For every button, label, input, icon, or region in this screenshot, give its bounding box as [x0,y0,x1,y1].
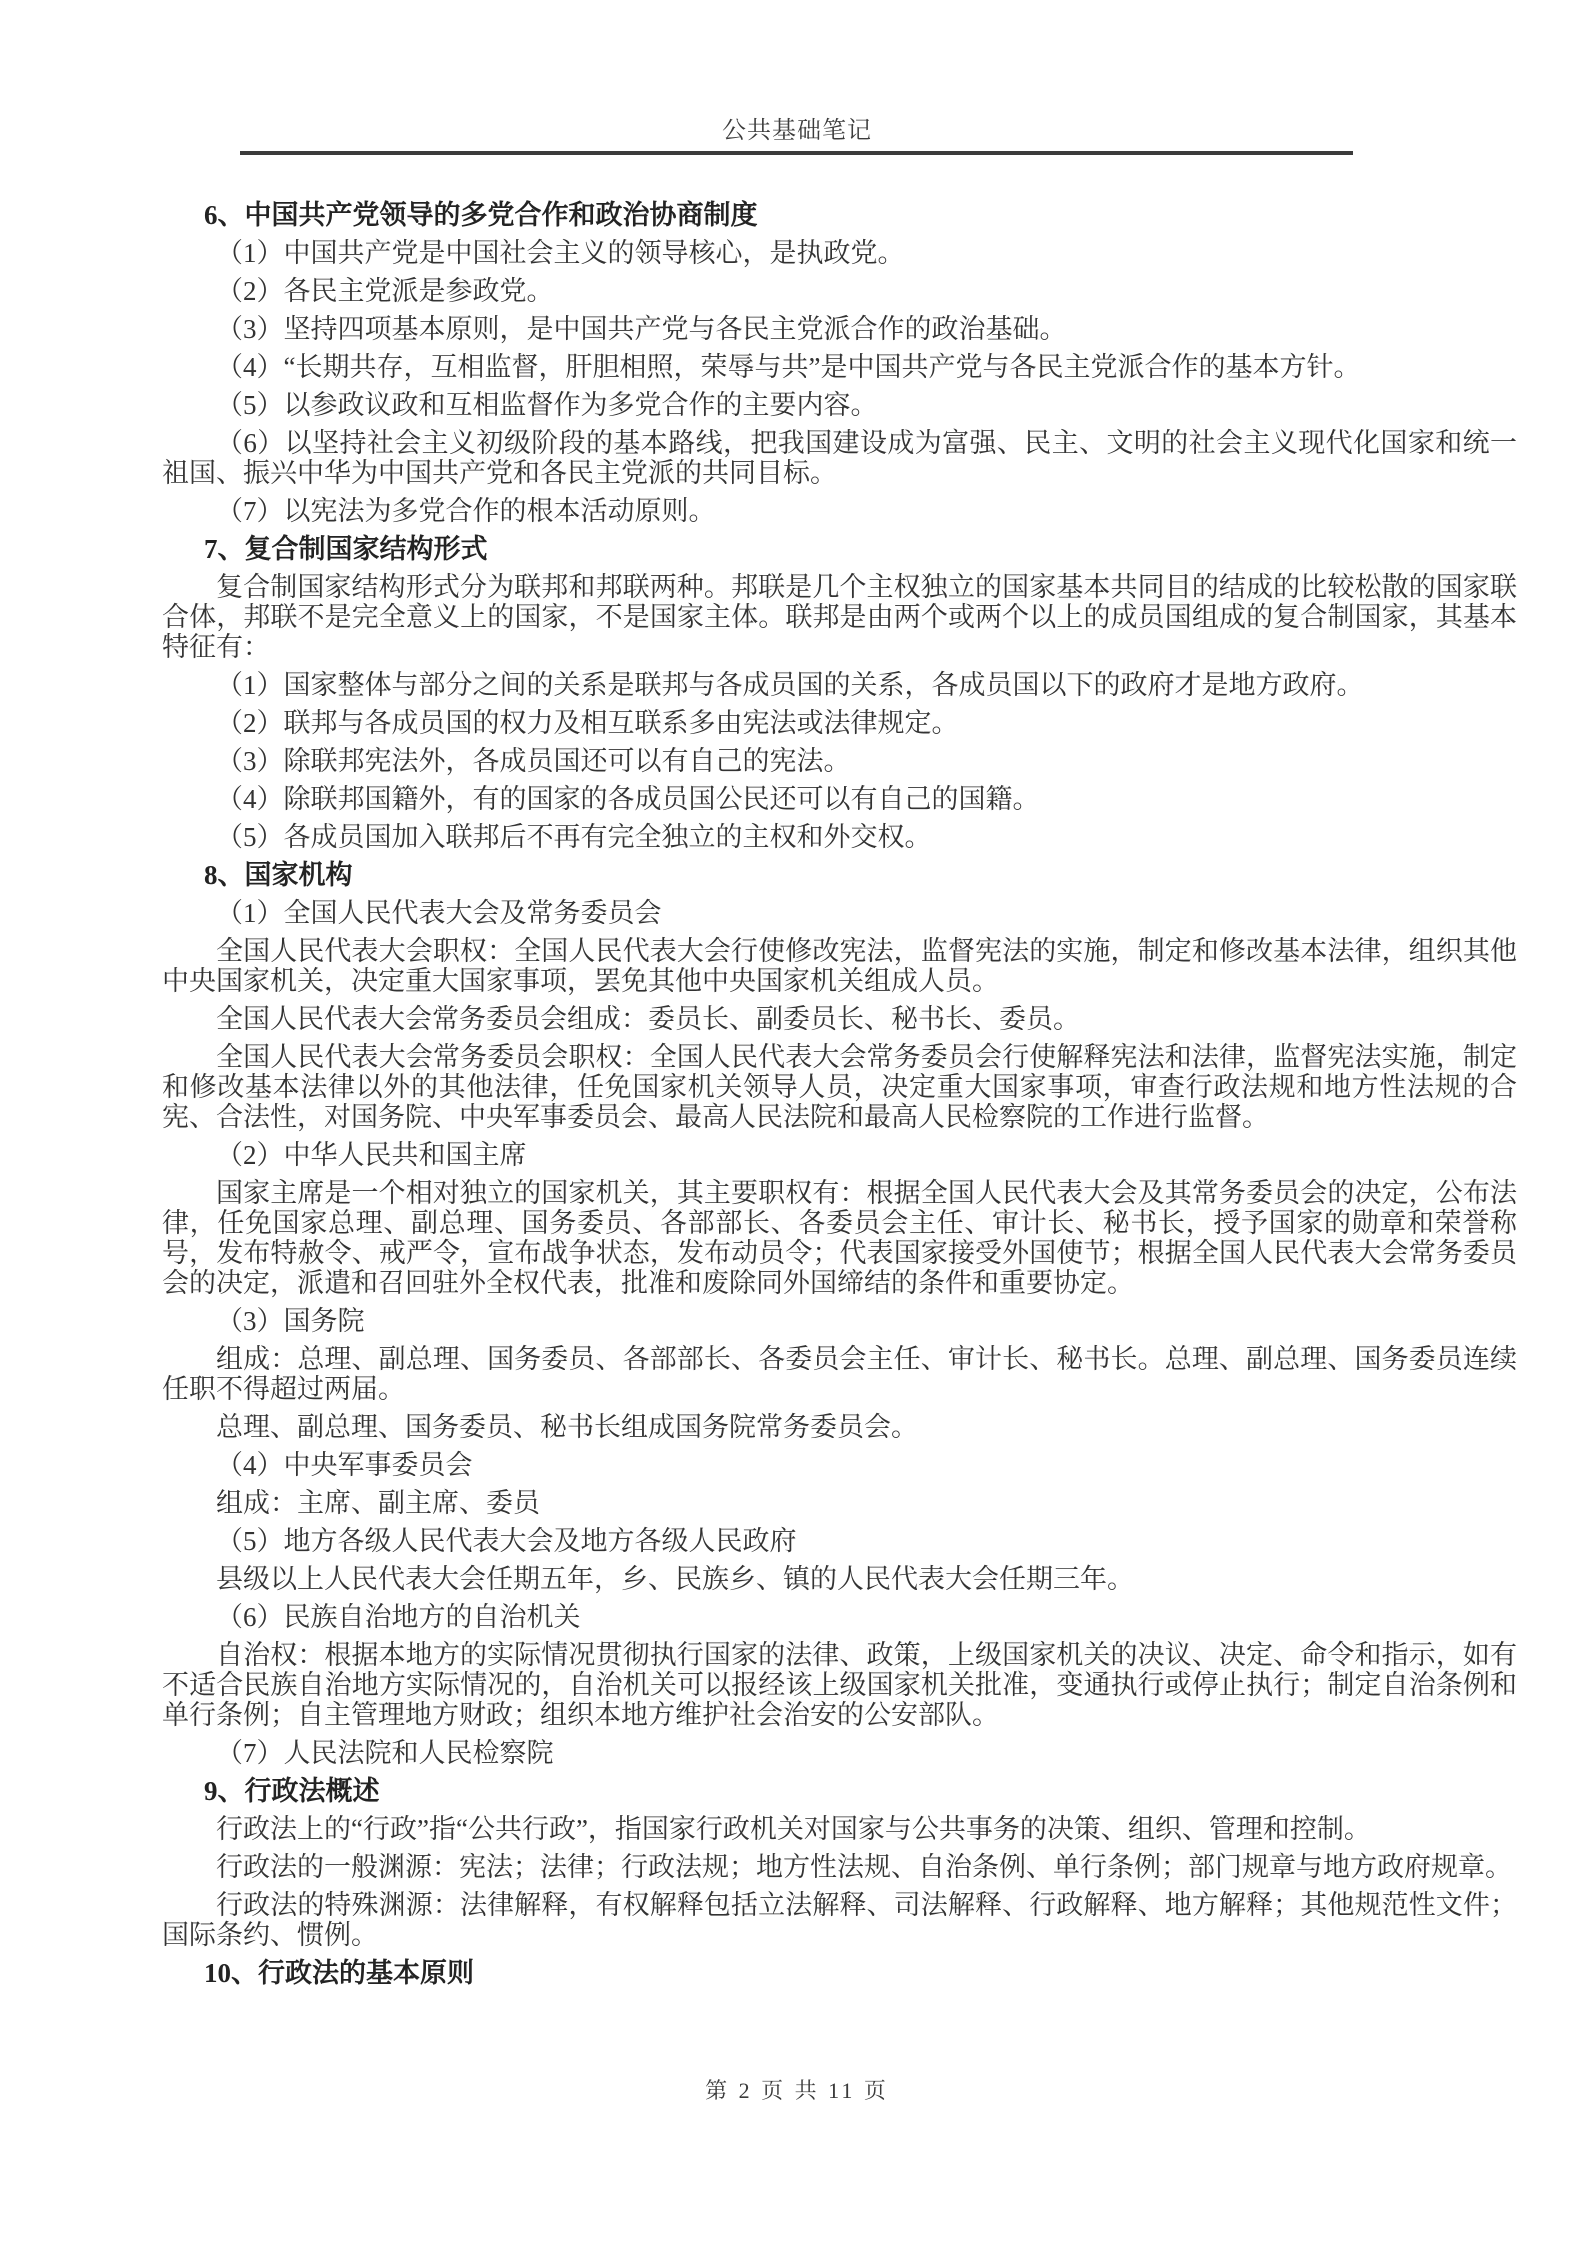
paragraph: （3）除联邦宪法外，各成员国还可以有自己的宪法。 [162,746,1517,776]
paragraph: 行政法的特殊渊源：法律解释，有权解释包括立法解释、司法解释、行政解释、地方解释；… [162,1890,1517,1950]
paragraph: （6）以坚持社会主义初级阶段的基本路线，把我国建设成为富强、民主、文明的社会主义… [162,428,1517,488]
section-heading: 6、中国共产党领导的多党合作和政治协商制度 [162,200,1517,230]
paragraph: （5）以参政议政和互相监督作为多党合作的主要内容。 [162,390,1517,420]
paragraph: （4）“长期共存，互相监督，肝胆相照，荣辱与共”是中国共产党与各民主党派合作的基… [162,352,1517,382]
paragraph: 组成：总理、副总理、国务委员、各部部长、各委员会主任、审计长、秘书长。总理、副总… [162,1344,1517,1404]
paragraph: （6）民族自治地方的自治机关 [162,1602,1517,1632]
paragraph: （2）中华人民共和国主席 [162,1140,1517,1170]
paragraph: （3）国务院 [162,1306,1517,1336]
paragraph: 复合制国家结构形式分为联邦和邦联两种。邦联是几个主权独立的国家基本共同目的结成的… [162,572,1517,662]
paragraph: 行政法上的“行政”指“公共行政”，指国家行政机关对国家与公共事务的决策、组织、管… [162,1814,1517,1844]
section-heading: 10、行政法的基本原则 [162,1958,1517,1988]
paragraph: 全国人民代表大会常务委员会职权：全国人民代表大会常务委员会行使解释宪法和法律，监… [162,1042,1517,1132]
paragraph: （4）除联邦国籍外，有的国家的各成员国公民还可以有自己的国籍。 [162,784,1517,814]
header-title: 公共基础笔记 [0,116,1594,146]
paragraph: （2）各民主党派是参政党。 [162,276,1517,306]
section-heading: 7、复合制国家结构形式 [162,534,1517,564]
paragraph: （1）全国人民代表大会及常务委员会 [162,898,1517,928]
paragraph: （5）地方各级人民代表大会及地方各级人民政府 [162,1526,1517,1556]
paragraph: 组成：主席、副主席、委员 [162,1488,1517,1518]
paragraph: 全国人民代表大会职权：全国人民代表大会行使修改宪法，监督宪法的实施，制定和修改基… [162,936,1517,996]
section-heading: 9、行政法概述 [162,1776,1517,1806]
document-page: 公共基础笔记 6、中国共产党领导的多党合作和政治协商制度（1）中国共产党是中国社… [0,0,1594,2252]
paragraph: （4）中央军事委员会 [162,1450,1517,1480]
paragraph: 自治权：根据本地方的实际情况贯彻执行国家的法律、政策，上级国家机关的决议、决定、… [162,1640,1517,1730]
paragraph: 行政法的一般渊源：宪法；法律；行政法规；地方性法规、自治条例、单行条例；部门规章… [162,1852,1517,1882]
page-number-footer: 第 2 页 共 11 页 [0,2077,1594,2105]
paragraph: （1）国家整体与部分之间的关系是联邦与各成员国的关系，各成员国以下的政府才是地方… [162,670,1517,700]
paragraph: （7）以宪法为多党合作的根本活动原则。 [162,496,1517,526]
paragraph: （7）人民法院和人民检察院 [162,1738,1517,1768]
section-heading: 8、国家机构 [162,860,1517,890]
paragraph: 全国人民代表大会常务委员会组成：委员长、副委员长、秘书长、委员。 [162,1004,1517,1034]
paragraph: （3）坚持四项基本原则，是中国共产党与各民主党派合作的政治基础。 [162,314,1517,344]
paragraph: 县级以上人民代表大会任期五年，乡、民族乡、镇的人民代表大会任期三年。 [162,1564,1517,1594]
header-rule [240,151,1353,155]
paragraph: 国家主席是一个相对独立的国家机关，其主要职权有：根据全国人民代表大会及其常务委员… [162,1178,1517,1298]
paragraph: （2）联邦与各成员国的权力及相互联系多由宪法或法律规定。 [162,708,1517,738]
document-body: 6、中国共产党领导的多党合作和政治协商制度（1）中国共产党是中国社会主义的领导核… [162,196,1517,1996]
paragraph: （1）中国共产党是中国社会主义的领导核心，是执政党。 [162,238,1517,268]
paragraph: （5）各成员国加入联邦后不再有完全独立的主权和外交权。 [162,822,1517,852]
paragraph: 总理、副总理、国务委员、秘书长组成国务院常务委员会。 [162,1412,1517,1442]
